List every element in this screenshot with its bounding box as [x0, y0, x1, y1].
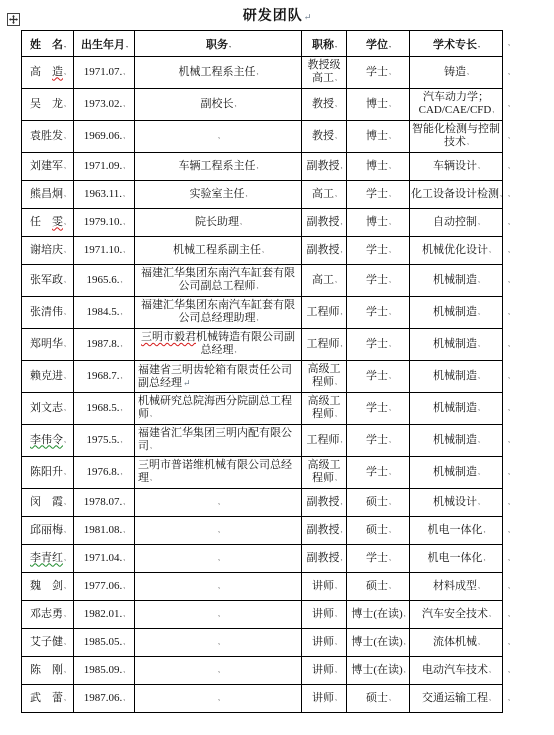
name-text: 任: [30, 216, 52, 228]
cell-specialty[interactable]: 自动控制.,: [410, 209, 503, 237]
cell-birth[interactable]: 1977.06..,: [74, 573, 135, 601]
birth-text: 1963.11.: [84, 188, 122, 200]
cell-specialty[interactable]: 车辆设计.,: [410, 153, 503, 181]
cell-specialty[interactable]: 汽车动力学；CAD/CAE/CFD.,: [410, 89, 503, 121]
cell-end-mark: .,: [404, 640, 405, 646]
cell-specialty[interactable]: 机械制造.,: [410, 265, 503, 297]
specialty-text: 机械制造: [433, 370, 477, 382]
name-text: 郑明华: [30, 338, 63, 350]
cell-specialty[interactable]: 机电一体化.,: [410, 517, 503, 545]
name-text: 邓志勇: [30, 608, 63, 620]
cell-birth[interactable]: 1987.06..,: [74, 685, 135, 713]
cell-end-mark: .,: [389, 500, 390, 506]
duty-line: 副总经理↵: [138, 377, 300, 390]
cell-end-mark: .,: [218, 500, 219, 506]
cell-rank[interactable]: 教授.,: [302, 89, 347, 121]
cell-birth[interactable]: 1969.06..,: [74, 121, 135, 153]
cell-end-mark: .,: [123, 248, 124, 254]
cell-duty[interactable]: 机械研究总院海西分院副总工程师.,: [135, 393, 302, 425]
name-text: 刘文志: [30, 402, 63, 414]
table-row: 高 造.,1971.07..,机械工程系主任.,教授级高工.,学士.,铸造.,.…: [22, 57, 527, 89]
cell-duty[interactable]: .,: [135, 573, 302, 601]
cell-duty[interactable]: 机械工程系副主任.,: [135, 237, 302, 265]
birth-text: 1987.8.: [87, 338, 120, 350]
cell-end-mark: .,: [257, 70, 258, 76]
cell-birth[interactable]: 1973.02..,: [74, 89, 135, 121]
cell-specialty[interactable]: 机械制造.,: [410, 457, 503, 489]
cell-rank[interactable]: 讲师.,: [302, 685, 347, 713]
col-header-birth[interactable]: 出生年月.,: [74, 31, 135, 57]
birth-text: 1971.04.: [84, 552, 123, 564]
cell-end-mark: .,: [478, 164, 479, 170]
cell-degree[interactable]: 博士.,: [347, 121, 410, 153]
row-end-mark: .,: [508, 220, 509, 226]
cell-end-mark: .,: [123, 528, 124, 534]
cell-rank[interactable]: 副教授.,: [302, 153, 347, 181]
cell-degree[interactable]: 学士.,: [347, 329, 410, 361]
cell-duty[interactable]: .,: [135, 629, 302, 657]
cell-end-mark: .,: [64, 220, 65, 226]
cell-name[interactable]: 刘建军.,: [22, 153, 74, 181]
cell-end-mark: .,: [467, 140, 468, 146]
row-end-cell: .,: [503, 545, 527, 573]
duty-line: 公司副总工程师.,: [136, 280, 300, 294]
specialty-text: 化工设备设计检测: [411, 188, 499, 200]
col-header-name[interactable]: 姓 名.,: [22, 31, 74, 57]
col-header-label: 学位: [366, 39, 388, 51]
rank-text: 高工: [312, 274, 334, 286]
cell-degree[interactable]: 学士.,: [347, 237, 410, 265]
duty-line: 机械工程系副主任.,: [136, 244, 300, 258]
cell-name[interactable]: 武 蕾.,: [22, 685, 74, 713]
rank-line: 副教授.,: [303, 524, 345, 538]
cell-end-mark: .,: [64, 374, 65, 380]
table-row: 李青红.,1971.04..,.,副教授.,学士.,机电一体化.,.,: [22, 545, 527, 573]
cell-end-mark: .,: [341, 342, 342, 348]
specialty-text: 机械制造: [433, 434, 477, 446]
cell-end-mark: .,: [389, 220, 390, 226]
cell-duty[interactable]: .,: [135, 517, 302, 545]
row-end-mark: .,: [508, 406, 509, 412]
cell-degree[interactable]: 学士.,: [347, 297, 410, 329]
cell-end-mark: .,: [121, 438, 122, 444]
cell-specialty[interactable]: 化工设备设计检测.,: [410, 181, 503, 209]
team-table-body: 高 造.,1971.07..,机械工程系主任.,教授级高工.,学士.,铸造.,.…: [22, 57, 527, 713]
cell-end-mark: .,: [389, 342, 390, 348]
cell-name[interactable]: 邱丽梅.,: [22, 517, 74, 545]
cell-end-mark: .,: [64, 70, 65, 76]
cell-end-mark: .,: [489, 612, 490, 618]
cell-name[interactable]: 任 雯.,: [22, 209, 74, 237]
cell-end-mark: .,: [218, 612, 219, 618]
rank-text: 高工: [312, 188, 334, 200]
cell-end-mark: .,: [478, 374, 479, 380]
duty-line: 机械工程系主任.,: [136, 66, 300, 80]
row-end-cell: .,: [503, 329, 527, 361]
duty-line: 司.,: [138, 440, 300, 454]
cell-birth[interactable]: 1968.7..,: [74, 361, 135, 393]
cell-end-mark: .,: [478, 406, 479, 412]
col-header-specialty[interactable]: 学术专长.,: [410, 31, 503, 57]
degree-text: 学士: [366, 338, 388, 350]
cell-name[interactable]: 赖克进.,: [22, 361, 74, 393]
cell-duty[interactable]: 福建省三明齿轮箱有限责任公司副总经理↵: [135, 361, 302, 393]
cell-duty[interactable]: 三明市普诺维机械有限公司总经理.,: [135, 457, 302, 489]
rank-line: 讲师.,: [303, 636, 345, 650]
rank-line: 讲师.,: [303, 664, 345, 678]
cell-birth[interactable]: 1981.08..,: [74, 517, 135, 545]
cell-degree[interactable]: 博士(在读).,: [347, 657, 410, 685]
cell-rank[interactable]: 讲师.,: [302, 657, 347, 685]
cell-end-mark: .,: [389, 164, 390, 170]
cell-rank[interactable]: 教授级高工.,: [302, 57, 347, 89]
cell-specialty[interactable]: 机械制造.,: [410, 361, 503, 393]
table-move-handle[interactable]: [7, 13, 20, 26]
cell-degree[interactable]: 学士.,: [347, 425, 410, 457]
rank-line: 工程师.,: [303, 434, 345, 448]
cell-end-mark: .,: [478, 342, 479, 348]
cell-end-mark: .,: [218, 640, 219, 646]
specialty-text: 电动汽车技术: [422, 664, 488, 676]
cell-specialty[interactable]: 机械制造.,: [410, 329, 503, 361]
birth-text: 1973.02.: [84, 98, 123, 110]
cell-end-mark: .,: [335, 612, 336, 618]
cell-end-mark: .,: [341, 164, 342, 170]
cell-duty[interactable]: 福建汇华集团东南汽车缸套有限公司副总工程师.,: [135, 265, 302, 297]
cell-rank[interactable]: 工程师.,: [302, 329, 347, 361]
cell-specialty[interactable]: 机械制造.,: [410, 425, 503, 457]
cell-degree[interactable]: 硕士.,: [347, 489, 410, 517]
col-header-rank[interactable]: 职称.,: [302, 31, 347, 57]
duty-line: 公司总经理助理.,: [136, 312, 300, 326]
name-text: 李伟令: [30, 434, 63, 446]
cell-name[interactable]: 陈阳升.,: [22, 457, 74, 489]
cell-degree[interactable]: 硕士.,: [347, 685, 410, 713]
cell-end-mark: .,: [64, 584, 65, 590]
row-end-cell: .,: [503, 489, 527, 517]
birth-text: 1968.7.: [87, 370, 120, 382]
specialty-line: 机电一体化.,: [411, 552, 501, 566]
cell-end-mark: .,: [123, 668, 124, 674]
cell-end-mark: .,: [389, 528, 390, 534]
birth-text: 1975.5.: [87, 434, 120, 446]
cell-name[interactable]: 张清伟.,: [22, 297, 74, 329]
cell-rank[interactable]: 工程师.,: [302, 297, 347, 329]
table-row: 陈阳升.,1976.8..,三明市普诺维机械有限公司总经理.,高级工程师.,学士…: [22, 457, 527, 489]
cell-end-mark: .,: [478, 220, 479, 226]
cell-duty[interactable]: .,: [135, 121, 302, 153]
cell-name[interactable]: 闵 霞.,: [22, 489, 74, 517]
cell-birth[interactable]: 1971.04..,: [74, 545, 135, 573]
cell-degree[interactable]: 硕士.,: [347, 573, 410, 601]
birth-text: 1977.06.: [84, 580, 123, 592]
cell-rank[interactable]: 副教授.,: [302, 209, 347, 237]
row-end-mark: .,: [508, 248, 509, 254]
duty-text: 司: [138, 440, 149, 452]
cell-degree[interactable]: 学士.,: [347, 457, 410, 489]
specialty-text: 材料成型: [433, 580, 477, 592]
cell-birth[interactable]: 1979.10..,: [74, 209, 135, 237]
duty-text: 副总经理: [138, 377, 182, 389]
duty-text: 院长助理: [195, 216, 239, 228]
cell-name[interactable]: 张军政.,: [22, 265, 74, 297]
cell-degree[interactable]: 博士.,: [347, 209, 410, 237]
cell-end-mark: .,: [121, 278, 122, 284]
cell-birth[interactable]: 1984.5..,: [74, 297, 135, 329]
duty-line: 机械研究总院海西分院副总工程: [138, 395, 300, 408]
specialty-line: 机械制造.,: [411, 274, 501, 288]
cell-degree[interactable]: 博士.,: [347, 89, 410, 121]
cell-degree[interactable]: 学士.,: [347, 181, 410, 209]
duty-text: 师: [138, 408, 149, 420]
rank-line: 教授级: [303, 59, 345, 72]
cell-specialty[interactable]: 汽车安全技术.,: [410, 601, 503, 629]
row-end-cell: .,: [503, 685, 527, 713]
cell-rank[interactable]: 高级工程师.,: [302, 457, 347, 489]
cell-birth[interactable]: 1987.8..,: [74, 329, 135, 361]
row-end-mark: .,: [508, 556, 509, 562]
cell-specialty[interactable]: 机械制造.,: [410, 297, 503, 329]
cell-duty[interactable]: 实验室主任.,: [135, 181, 302, 209]
cell-name[interactable]: 李青红.,: [22, 545, 74, 573]
cell-specialty[interactable]: 交通运输工程.,: [410, 685, 503, 713]
birth-text: 1971.07.: [84, 66, 123, 78]
specialty-text: 自动控制: [433, 216, 477, 228]
cell-birth[interactable]: 1982.01..,: [74, 601, 135, 629]
table-row: 赖克进.,1968.7..,福建省三明齿轮箱有限责任公司副总经理↵高级工程师.,…: [22, 361, 527, 393]
cell-degree[interactable]: 硕士.,: [347, 517, 410, 545]
cell-end-mark: .,: [123, 500, 124, 506]
duty-line: 总经理.,: [136, 344, 300, 358]
cell-duty[interactable]: .,: [135, 657, 302, 685]
cell-name[interactable]: 艾子健.,: [22, 629, 74, 657]
specialty-text: 机械设计: [433, 496, 477, 508]
cell-rank[interactable]: 讲师.,: [302, 629, 347, 657]
cell-specialty[interactable]: 流体机械.,: [410, 629, 503, 657]
table-row: 邱丽梅.,1981.08..,.,副教授.,硕士.,机电一体化.,.,: [22, 517, 527, 545]
cell-duty[interactable]: 副校长.,: [135, 89, 302, 121]
duty-text: 总经理: [201, 344, 234, 356]
cell-end-mark: .,: [389, 70, 390, 76]
cell-name[interactable]: 吴 龙.,: [22, 89, 74, 121]
name-text: 赖克进: [30, 370, 63, 382]
table-row: 熊昌炯.,1963.11..,实验室主任.,高工.,学士.,化工设备设计检测.,…: [22, 181, 527, 209]
cell-end-mark: .,: [64, 102, 65, 108]
cell-birth[interactable]: 1968.5..,: [74, 393, 135, 425]
cell-end-mark: .,: [341, 248, 342, 254]
cell-end-mark: .,: [240, 220, 241, 226]
cell-degree[interactable]: 学士.,: [347, 265, 410, 297]
cell-degree[interactable]: 学士.,: [347, 361, 410, 393]
cell-duty[interactable]: 车辆工程系主任.,: [135, 153, 302, 181]
rank-line: 程师.,: [303, 408, 345, 422]
specialty-text: 车辆设计: [433, 160, 477, 172]
row-end-cell: .,: [503, 57, 527, 89]
cell-rank[interactable]: 工程师.,: [302, 425, 347, 457]
duty-text: 机械工程系主任: [179, 66, 256, 78]
cell-end-mark: .,: [64, 134, 65, 140]
row-end-mark: .,: [508, 41, 509, 47]
specialty-line: 交通运输工程.,: [411, 692, 501, 706]
duty-line: 福建汇华集团东南汽车缸套有限: [136, 267, 300, 280]
cell-degree[interactable]: 博士(在读).,: [347, 629, 410, 657]
rank-line: 教授.,: [303, 130, 345, 144]
cell-birth[interactable]: 1976.8..,: [74, 457, 135, 489]
cell-degree[interactable]: 学士.,: [347, 57, 410, 89]
specialty-line: 机械制造.,: [411, 466, 501, 480]
cell-end-mark: .,: [389, 374, 390, 380]
cell-birth[interactable]: 1971.07..,: [74, 57, 135, 89]
cell-rank[interactable]: 高级工程师.,: [302, 361, 347, 393]
row-end-mark: .,: [508, 70, 509, 76]
specialty-text: 技术: [444, 136, 466, 148]
specialty-text: 机械制造: [433, 306, 477, 318]
cell-degree[interactable]: 学士.,: [347, 545, 410, 573]
cell-rank[interactable]: 副教授.,: [302, 517, 347, 545]
degree-text: 博士(在读): [351, 664, 402, 676]
cell-rank[interactable]: 副教授.,: [302, 237, 347, 265]
cell-specialty[interactable]: 机械优化设计.,: [410, 237, 503, 265]
table-row: 张清伟.,1984.5..,福建汇华集团东南汽车缸套有限公司总经理助理.,工程师…: [22, 297, 527, 329]
col-header-label: 姓 名: [30, 39, 63, 51]
cell-end-mark: .,: [335, 640, 336, 646]
duty-text: 机械研究总院海西分院副总工程: [138, 395, 292, 407]
rank-text: 教授: [312, 130, 334, 142]
cell-duty[interactable]: 院长助理.,: [135, 209, 302, 237]
cell-end-mark: .,: [492, 108, 493, 114]
cell-end-mark: .,: [150, 444, 151, 450]
row-end-mark: .,: [508, 310, 509, 316]
cell-rank[interactable]: 讲师.,: [302, 573, 347, 601]
cell-name[interactable]: 高 造.,: [22, 57, 74, 89]
col-header-label: 出生年月: [81, 39, 125, 51]
cell-name[interactable]: 魏 剑.,: [22, 573, 74, 601]
cell-duty[interactable]: 三明市毅君机械铸造有限公司副总经理.,: [135, 329, 302, 361]
cell-degree[interactable]: 博士.,: [347, 153, 410, 181]
table-row: 陈 刚.,1985.09..,.,讲师.,博士(在读).,电动汽车技术.,.,: [22, 657, 527, 685]
rank-text: 讲师: [312, 580, 334, 592]
cell-end-mark: .,: [335, 43, 336, 49]
cell-end-mark: .,: [335, 278, 336, 284]
specialty-line: 机械优化设计.,: [411, 244, 501, 258]
cell-duty[interactable]: 福建省汇华集团三明内配有限公司.,: [135, 425, 302, 457]
cell-end-mark: .,: [389, 43, 390, 49]
cell-rank[interactable]: 副教授.,: [302, 545, 347, 573]
cell-birth[interactable]: 1985.05..,: [74, 629, 135, 657]
cell-rank[interactable]: 高工.,: [302, 265, 347, 297]
cell-birth[interactable]: 1978.07..,: [74, 489, 135, 517]
rank-line: 程师.,: [303, 472, 345, 486]
cell-specialty[interactable]: 材料成型.,: [410, 573, 503, 601]
page-title[interactable]: 研发团队: [243, 9, 303, 24]
cell-end-mark: .,: [489, 668, 490, 674]
cell-birth[interactable]: 1971.09..,: [74, 153, 135, 181]
cell-birth[interactable]: 1985.09..,: [74, 657, 135, 685]
birth-text: 1982.01.: [84, 608, 123, 620]
rank-text: 高级工: [308, 459, 341, 471]
cell-name[interactable]: 郑明华.,: [22, 329, 74, 361]
cell-degree[interactable]: 博士(在读).,: [347, 601, 410, 629]
rank-text: 副教授: [307, 244, 340, 256]
cell-specialty[interactable]: 铸造.,: [410, 57, 503, 89]
cell-name[interactable]: 邓志勇.,: [22, 601, 74, 629]
cell-birth[interactable]: 1975.5..,: [74, 425, 135, 457]
duty-text: 三明市普诺维机械有限公司总经: [138, 459, 292, 471]
cell-name[interactable]: 刘文志.,: [22, 393, 74, 425]
cell-duty[interactable]: 机械工程系主任.,: [135, 57, 302, 89]
table-row: 邓志勇.,1982.01..,.,讲师.,博士(在读).,汽车安全技术.,.,: [22, 601, 527, 629]
cell-duty[interactable]: .,: [135, 685, 302, 713]
cell-duty[interactable]: .,: [135, 545, 302, 573]
cell-specialty[interactable]: 智能化检测与控制技术.,: [410, 121, 503, 153]
specialty-text: 机电一体化: [428, 524, 483, 536]
specialty-text: 汽车动力学；: [423, 91, 489, 103]
cell-duty[interactable]: 福建汇华集团东南汽车缸套有限公司总经理助理.,: [135, 297, 302, 329]
specialty-text: 机电一体化: [428, 552, 483, 564]
cell-degree[interactable]: 学士.,: [347, 393, 410, 425]
cell-birth[interactable]: 1965.6..,: [74, 265, 135, 297]
cell-rank[interactable]: 高工.,: [302, 181, 347, 209]
cell-end-mark: .,: [389, 102, 390, 108]
cell-rank[interactable]: 教授.,: [302, 121, 347, 153]
cell-specialty[interactable]: 电动汽车技术.,: [410, 657, 503, 685]
duty-text: 福建省三明齿轮箱有限责任公司: [138, 364, 292, 376]
cell-duty[interactable]: .,: [135, 489, 302, 517]
cell-end-mark: .,: [335, 696, 336, 702]
cell-name[interactable]: 谢培庆.,: [22, 237, 74, 265]
degree-text: 学士: [366, 434, 388, 446]
cell-specialty[interactable]: 机电一体化.,: [410, 545, 503, 573]
cell-end-mark: .,: [64, 640, 65, 646]
row-end-mark: .,: [508, 528, 509, 534]
cell-name[interactable]: 陈 刚.,: [22, 657, 74, 685]
rank-text: 讲师: [312, 664, 334, 676]
row-end-cell: .,: [503, 361, 527, 393]
cell-end-mark: .,: [64, 43, 65, 49]
cell-birth[interactable]: 1963.11..,: [74, 181, 135, 209]
cell-name[interactable]: 李伟令.,: [22, 425, 74, 457]
rank-line: 讲师.,: [303, 580, 345, 594]
col-header-degree[interactable]: 学位.,: [347, 31, 410, 57]
cell-specialty[interactable]: 机械设计.,: [410, 489, 503, 517]
cell-duty[interactable]: .,: [135, 601, 302, 629]
degree-text: 学士: [366, 466, 388, 478]
row-end-mark: .,: [508, 374, 509, 380]
cell-birth[interactable]: 1971.10..,: [74, 237, 135, 265]
duty-line: 车辆工程系主任.,: [136, 160, 300, 174]
cell-end-mark: .,: [218, 556, 219, 562]
cell-rank[interactable]: 副教授.,: [302, 489, 347, 517]
cell-rank[interactable]: 讲师.,: [302, 601, 347, 629]
rank-text: 教授: [312, 98, 334, 110]
row-end-cell: .,: [503, 89, 527, 121]
cell-rank[interactable]: 高级工程师.,: [302, 393, 347, 425]
cell-end-mark: .,: [467, 70, 468, 76]
cell-specialty[interactable]: 机械制造.,: [410, 393, 503, 425]
row-end-mark: .,: [508, 470, 509, 476]
col-header-duty[interactable]: 职务.,: [135, 31, 302, 57]
cell-end-mark: .,: [123, 102, 124, 108]
degree-text: 硕士: [366, 580, 388, 592]
rank-text: 讲师: [312, 608, 334, 620]
table-row: 魏 剑.,1977.06..,.,讲师.,硕士.,材料成型.,.,: [22, 573, 527, 601]
table-row: 吴 龙.,1973.02..,副校长.,教授.,博士.,汽车动力学；CAD/CA…: [22, 89, 527, 121]
rank-text: 程师: [312, 472, 334, 484]
rank-line: 副教授.,: [303, 496, 345, 510]
cell-name[interactable]: 熊昌炯.,: [22, 181, 74, 209]
cell-name[interactable]: 袁胜发.,: [22, 121, 74, 153]
table-row: 任 雯.,1979.10..,院长助理.,副教授.,博士.,自动控制.,.,: [22, 209, 527, 237]
